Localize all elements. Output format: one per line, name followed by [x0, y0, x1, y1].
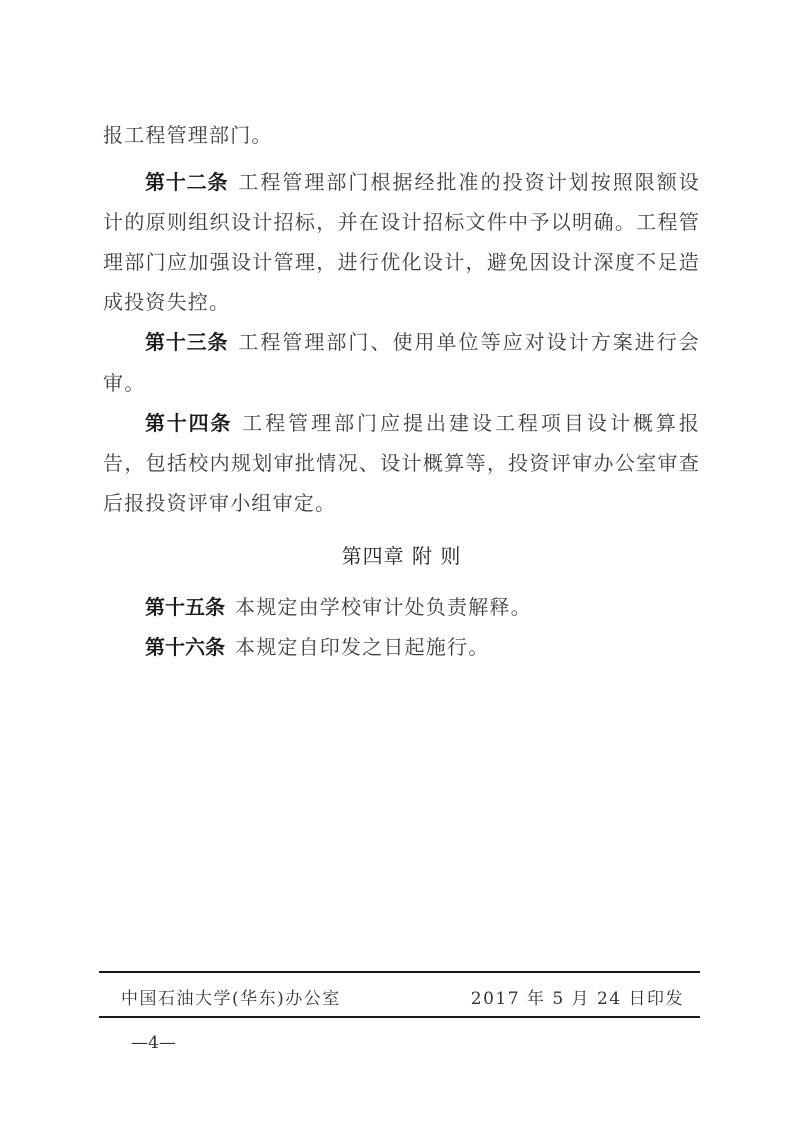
paragraph-continuation: 报工程管理部门。 — [103, 120, 700, 150]
article-12-line-4: 成投资失控。 — [103, 287, 700, 317]
article-12-line-2: 计的原则组织设计招标，并在设计招标文件中予以明确。工程管 — [103, 207, 700, 237]
article-label: 第十三条 — [145, 330, 228, 354]
article-14-line-2: 告，包括校内规划审批情况、设计概算等，投资评审办公室审查 — [103, 448, 700, 478]
article-13-line-2: 审。 — [103, 368, 700, 398]
article-label: 第十二条 — [145, 170, 228, 194]
article-label: 第十六条 — [145, 635, 225, 659]
article-14-line-3: 后报投资评审小组审定。 — [103, 488, 700, 518]
footer-info: 中国石油大学(华东)办公室 2017 年 5 月 24 日印发 — [121, 986, 684, 1012]
article-12-line-1: 第十二条工程管理部门根据经批准的投资计划按照限额设 — [103, 167, 700, 197]
footer-top-rule — [99, 971, 700, 973]
issuer: 中国石油大学(华东)办公室 — [121, 986, 341, 1012]
footer-bottom-rule — [99, 1016, 700, 1018]
article-16: 第十六条本规定自印发之日起施行。 — [103, 632, 700, 662]
article-14-line-1: 第十四条工程管理部门应提出建设工程项目设计概算报 — [103, 408, 700, 438]
article-label: 第十四条 — [145, 411, 232, 435]
article-15: 第十五条本规定由学校审计处负责解释。 — [103, 592, 700, 622]
chapter-heading: 第四章 附 则 — [103, 541, 700, 571]
article-12-line-3: 理部门应加强设计管理，进行优化设计，避免因设计深度不足造 — [103, 247, 700, 277]
article-label: 第十五条 — [145, 595, 225, 619]
issue-date: 2017 年 5 月 24 日印发 — [471, 986, 684, 1012]
page-number: —4— — [131, 1030, 176, 1056]
article-13-line-1: 第十三条工程管理部门、使用单位等应对设计方案进行会 — [103, 327, 700, 357]
